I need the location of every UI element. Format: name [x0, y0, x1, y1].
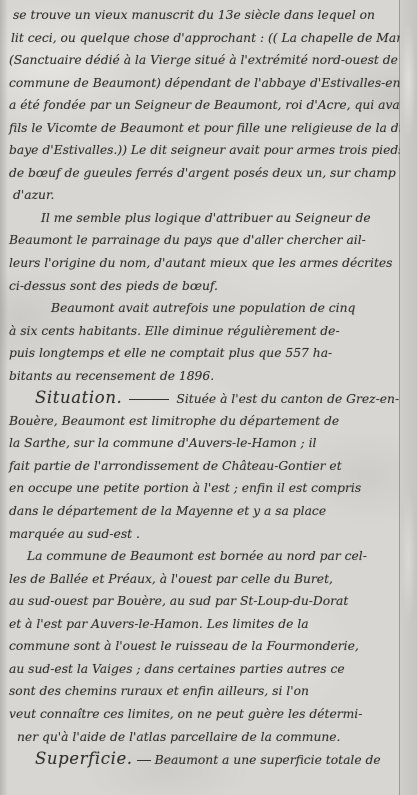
- line-text: Beaumont avait autrefois une population …: [51, 301, 355, 315]
- line-text: marquée au sud-est .: [9, 527, 140, 541]
- line-text: Beaumont le parrainage du pays que d'all…: [9, 233, 366, 247]
- line-text: au sud-ouest par Bouère, au sud par St-L…: [9, 594, 348, 608]
- line-text: de bœuf de gueules ferrés d'argent posés…: [9, 166, 396, 180]
- line-text: à six cents habitants. Elle diminue régu…: [9, 324, 340, 338]
- manuscript-line: lit ceci, ou quelque chose d'approchant …: [9, 27, 401, 50]
- page-right-edge-band: [400, 0, 417, 795]
- manuscript-line: se trouve un vieux manuscrit du 13e sièc…: [9, 4, 401, 27]
- heading-dash: [129, 398, 169, 400]
- manuscript-line: fils le Vicomte de Beaumont et pour fill…: [9, 117, 401, 140]
- manuscript-line: la Sarthe, sur la commune d'Auvers-le-Ha…: [9, 432, 401, 455]
- line-text: veut connaître ces limites, on ne peut g…: [9, 707, 362, 721]
- line-text: fait partie de l'arrondissement de Châte…: [9, 459, 342, 473]
- manuscript-line: commune de Beaumont) dépendant de l'abba…: [9, 72, 401, 95]
- line-text: baye d'Estivalles.)) Le dit seigneur ava…: [9, 143, 405, 157]
- line-text: dans le département de la Mayenne et y a…: [9, 504, 326, 518]
- line-text: bitants au recensement de 1896.: [9, 369, 214, 383]
- heading-dash: [137, 759, 151, 761]
- manuscript-line: commune sont à l'ouest le ruisseau de la…: [9, 635, 401, 658]
- manuscript-line: baye d'Estivalles.)) Le dit seigneur ava…: [9, 139, 401, 162]
- line-text: commune de Beaumont) dépendant de l'abba…: [9, 76, 417, 90]
- manuscript-line: au sud-est la Vaiges ; dans certaines pa…: [9, 658, 401, 681]
- line-text: d'azur.: [13, 188, 54, 202]
- manuscript-line: au sud-ouest par Bouère, au sud par St-L…: [9, 590, 401, 613]
- manuscript-line: à six cents habitants. Elle diminue régu…: [9, 320, 401, 343]
- manuscript-line: bitants au recensement de 1896.: [9, 365, 401, 388]
- manuscript-page: se trouve un vieux manuscrit du 13e sièc…: [0, 0, 417, 795]
- line-text: lit ceci, ou quelque chose d'approchant …: [11, 31, 417, 45]
- line-text: Bouère, Beaumont est limitrophe du dépar…: [9, 414, 339, 428]
- line-text: La commune de Beaumont est bornée au nor…: [27, 549, 367, 563]
- manuscript-line: Beaumont avait autrefois une population …: [9, 297, 401, 320]
- line-text: leurs l'origine du nom, d'autant mieux q…: [9, 256, 393, 270]
- manuscript-line: dans le département de la Mayenne et y a…: [9, 500, 401, 523]
- manuscript-line: de bœuf de gueules ferrés d'argent posés…: [9, 162, 401, 185]
- manuscript-line: Beaumont le parrainage du pays que d'all…: [9, 229, 401, 252]
- line-text: et à l'est par Auvers-le-Hamon. Les limi…: [9, 617, 309, 631]
- manuscript-line: puis longtemps et elle ne comptait plus …: [9, 342, 401, 365]
- line-text: ci-dessus sont des pieds de bœuf.: [9, 279, 218, 293]
- manuscript-line: sont des chemins ruraux et enfin ailleur…: [9, 680, 401, 703]
- line-text: la Sarthe, sur la commune d'Auvers-le-Ha…: [9, 436, 316, 450]
- manuscript-line: Il me semble plus logique d'attribuer au…: [9, 207, 401, 230]
- manuscript-line: d'azur.: [9, 184, 401, 207]
- line-text: commune sont à l'ouest le ruisseau de la…: [9, 639, 359, 653]
- line-text: Située à l'est du canton de Grez-en-: [176, 392, 399, 406]
- manuscript-text: se trouve un vieux manuscrit du 13e sièc…: [9, 4, 401, 771]
- line-text: se trouve un vieux manuscrit du 13e sièc…: [13, 8, 375, 22]
- line-text: ner qu'à l'aide de l'atlas parcellaire d…: [17, 730, 340, 744]
- manuscript-line: les de Ballée et Préaux, à l'ouest par c…: [9, 568, 401, 591]
- manuscript-line: La commune de Beaumont est bornée au nor…: [9, 545, 401, 568]
- manuscript-line: en occupe une petite portion à l'est ; e…: [9, 477, 401, 500]
- manuscript-line: et à l'est par Auvers-le-Hamon. Les limi…: [9, 613, 401, 636]
- manuscript-line: fait partie de l'arrondissement de Châte…: [9, 455, 401, 478]
- manuscript-line: ci-dessus sont des pieds de bœuf.: [9, 275, 401, 298]
- line-text: a été fondée par un Seigneur de Beaumont…: [9, 98, 417, 112]
- manuscript-line: veut connaître ces limites, on ne peut g…: [9, 703, 401, 726]
- page-left-edge-shading: [0, 0, 8, 795]
- line-text: sont des chemins ruraux et enfin ailleur…: [9, 684, 309, 698]
- manuscript-line: a été fondée par un Seigneur de Beaumont…: [9, 94, 401, 117]
- manuscript-line: (Sanctuaire dédié à la Vierge situé à l'…: [9, 49, 401, 72]
- manuscript-line: ner qu'à l'aide de l'atlas parcellaire d…: [9, 726, 401, 749]
- section-heading: Situation.: [35, 388, 122, 407]
- line-text: (Sanctuaire dédié à la Vierge situé à l'…: [9, 53, 413, 67]
- line-text: les de Ballée et Préaux, à l'ouest par c…: [9, 572, 333, 586]
- manuscript-line: Superficie.Beaumont a une superficie tot…: [9, 748, 401, 771]
- manuscript-line: Situation.Située à l'est du canton de Gr…: [9, 387, 401, 410]
- manuscript-line: leurs l'origine du nom, d'autant mieux q…: [9, 252, 401, 275]
- line-text: fils le Vicomte de Beaumont et pour fill…: [9, 121, 417, 135]
- line-text: puis longtemps et elle ne comptait plus …: [9, 346, 332, 360]
- section-heading: Superficie.: [35, 749, 133, 768]
- line-text: Beaumont a une superficie totale de: [155, 753, 381, 767]
- line-text: Il me semble plus logique d'attribuer au…: [41, 211, 371, 225]
- line-text: au sud-est la Vaiges ; dans certaines pa…: [9, 662, 345, 676]
- line-text: en occupe une petite portion à l'est ; e…: [9, 481, 361, 495]
- manuscript-line: Bouère, Beaumont est limitrophe du dépar…: [9, 410, 401, 433]
- manuscript-line: marquée au sud-est .: [9, 523, 401, 546]
